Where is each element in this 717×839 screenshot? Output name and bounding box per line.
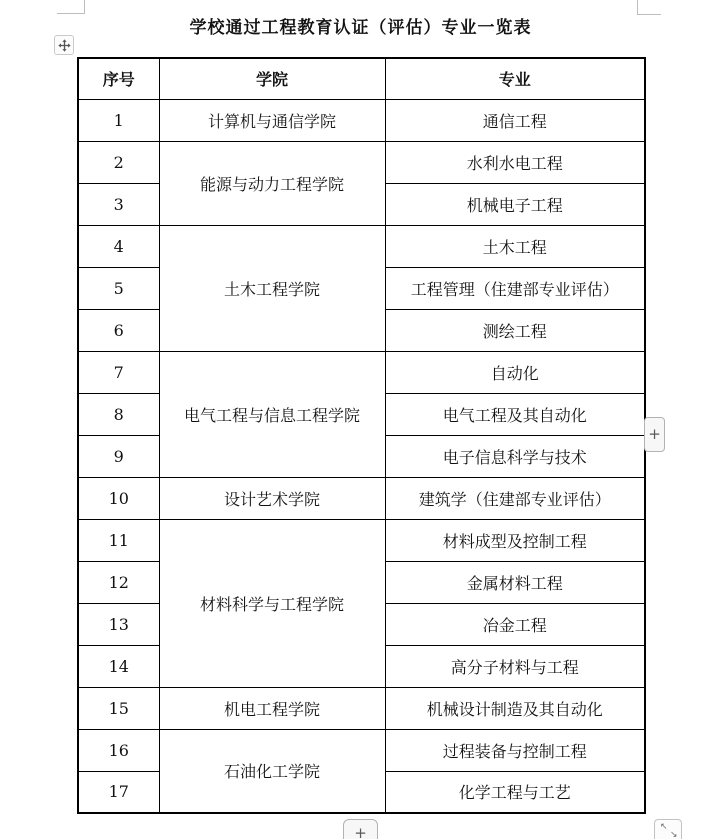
cell-index[interactable]: 6 [78,309,159,351]
cell-major[interactable]: 电气工程及其自动化 [385,393,645,435]
column-header[interactable]: 序号 [78,58,159,99]
cell-major[interactable]: 土木工程 [385,225,645,267]
cell-college[interactable]: 石油化工学院 [159,729,385,813]
cell-major[interactable]: 冶金工程 [385,603,645,645]
resize-diagonal-icon: ↖ [660,823,668,832]
table-move-handle[interactable] [54,35,74,55]
page-title[interactable]: 学校通过工程教育认证（评估）专业一览表 [77,14,644,42]
cell-index[interactable]: 2 [78,141,159,183]
plus-icon: + [648,427,661,442]
move-icon [58,39,71,52]
text-boundary-mark [637,0,638,14]
cell-index[interactable]: 1 [78,99,159,141]
table-row: 1计算机与通信学院通信工程 [78,99,645,141]
table-row: 7电气工程与信息工程学院自动化 [78,351,645,393]
cell-major[interactable]: 高分子材料与工程 [385,645,645,687]
cell-college[interactable]: 设计艺术学院 [159,477,385,519]
table-row: 16石油化工学院过程装备与控制工程 [78,729,645,771]
cell-index[interactable]: 11 [78,519,159,561]
resize-diagonal-icon: ↘ [670,831,678,839]
cell-major[interactable]: 机械电子工程 [385,183,645,225]
cell-major[interactable]: 自动化 [385,351,645,393]
cell-major[interactable]: 金属材料工程 [385,561,645,603]
cell-college[interactable]: 计算机与通信学院 [159,99,385,141]
add-column-button[interactable]: + [644,417,665,452]
table-row: 10设计艺术学院建筑学（住建部专业评估） [78,477,645,519]
table-header-row: 序号学院专业 [78,58,645,99]
cell-index[interactable]: 3 [78,183,159,225]
cell-major[interactable]: 建筑学（住建部专业评估） [385,477,645,519]
cell-college[interactable]: 电气工程与信息工程学院 [159,351,385,477]
cell-index[interactable]: 10 [78,477,159,519]
cell-index[interactable]: 17 [78,771,159,813]
cell-major[interactable]: 机械设计制造及其自动化 [385,687,645,729]
cell-major[interactable]: 电子信息科学与技术 [385,435,645,477]
cell-major[interactable]: 测绘工程 [385,309,645,351]
cell-index[interactable]: 4 [78,225,159,267]
cell-college[interactable]: 土木工程学院 [159,225,385,351]
cell-index[interactable]: 12 [78,561,159,603]
cell-index[interactable]: 8 [78,393,159,435]
cell-index[interactable]: 7 [78,351,159,393]
table-row: 15机电工程学院机械设计制造及其自动化 [78,687,645,729]
plus-icon: + [354,826,367,839]
cell-index[interactable]: 15 [78,687,159,729]
cell-major[interactable]: 化学工程与工艺 [385,771,645,813]
cell-college[interactable]: 材料科学与工程学院 [159,519,385,687]
cell-index[interactable]: 14 [78,645,159,687]
cell-index[interactable]: 9 [78,435,159,477]
table-row: 2能源与动力工程学院水利水电工程 [78,141,645,183]
text-boundary-mark [84,0,85,13]
cell-major[interactable]: 工程管理（住建部专业评估） [385,267,645,309]
column-header[interactable]: 学院 [159,58,385,99]
cell-major[interactable]: 通信工程 [385,99,645,141]
cell-college[interactable]: 机电工程学院 [159,687,385,729]
majors-table: 序号学院专业 1计算机与通信学院通信工程2能源与动力工程学院水利水电工程3机械电… [77,57,646,814]
cell-index[interactable]: 5 [78,267,159,309]
cell-college[interactable]: 能源与动力工程学院 [159,141,385,225]
add-row-button[interactable]: + [343,819,378,839]
table-resize-handle[interactable]: ↖ ↘ [654,819,682,839]
column-header[interactable]: 专业 [385,58,645,99]
document-page: 学校通过工程教育认证（评估）专业一览表 序号学院专业 1计算机与通信学院通信工程… [0,0,717,839]
table-row: 4土木工程学院土木工程 [78,225,645,267]
cell-index[interactable]: 16 [78,729,159,771]
cell-major[interactable]: 水利水电工程 [385,141,645,183]
cell-major[interactable]: 材料成型及控制工程 [385,519,645,561]
cell-index[interactable]: 13 [78,603,159,645]
cell-major[interactable]: 过程装备与控制工程 [385,729,645,771]
table-row: 11材料科学与工程学院材料成型及控制工程 [78,519,645,561]
